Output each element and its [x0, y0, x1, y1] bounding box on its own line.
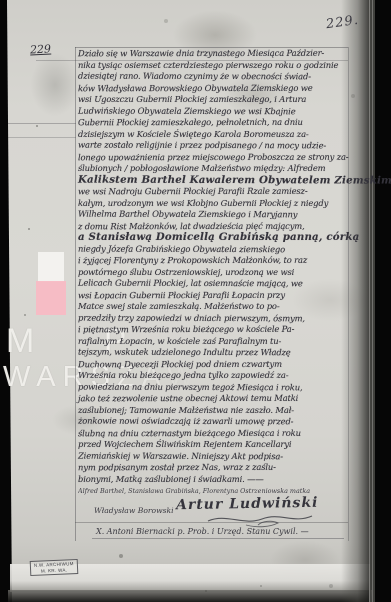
record-line: a Stanisławą Domicellą Grabińską panną, … [78, 232, 348, 244]
record-line: rafialnym Łopacin, w kościele zaś Parafi… [78, 336, 348, 348]
record-line: ków Władysława Borowskiego Obywatela Zie… [78, 82, 348, 94]
record-line: nym podpisanym został przez Nas, wraz z … [78, 462, 348, 474]
record-line: powiedziana na dniu pierwszym tegoż Mies… [78, 381, 348, 393]
record-line: i piętnastym Września roku bieżącego w k… [78, 324, 348, 336]
margin-rule-2 [8, 137, 76, 138]
act-number: 229 [30, 42, 52, 56]
record-line: warte zostało religijnie i przez podpisa… [78, 140, 348, 152]
record-line: Gubernii Płockiej zamieszkałego, pełnole… [78, 117, 348, 129]
margin-rule-1 [8, 123, 76, 124]
record-line: dzisiejszym w Kościele Świętego Karola B… [78, 129, 348, 141]
record-line: powtórnego ślubu Ostrzeniowskiej, urodzo… [78, 267, 348, 279]
stamp-line2: M. KR. WA. [34, 567, 74, 574]
record-line: Wilhelma Barthel Obywatela Ziemskiego i … [78, 209, 348, 221]
frame-left-rule [75, 47, 76, 541]
page-bottom-shadow [8, 590, 372, 602]
clergy-rule [92, 538, 344, 539]
record-line: lonego upoważnienia przez miejscowego Pr… [78, 151, 348, 163]
pink-redaction-square [36, 281, 66, 315]
record-line: przed Wojciechem Śliwińskim Rejentem Kan… [78, 439, 348, 451]
white-redaction-square [38, 252, 64, 282]
signature-clergy: X. Antoni Biernacki p. Prob. i Urzęd. St… [96, 527, 346, 536]
signature-witness: Władysław Borowski [94, 506, 174, 515]
record-line: kałym, urodzonym we wsi Kłobjno Gubernii… [78, 198, 348, 210]
record-line: Duchowną Dyecezji Płockiej pod dniem czw… [78, 358, 348, 370]
record-line: Działo się w Warszawie dnia trzynastego … [78, 48, 348, 60]
scanned-register-page: { "page": { "corner_number": "229.", "ac… [0, 0, 391, 602]
record-lines: Działo się w Warszawie dnia trzynastego … [78, 48, 348, 485]
record-line: Ludwińskiego Obywatela Ziemskiego we wsi… [78, 105, 348, 117]
record-line: bionymi, Matką zaślubionej i świadkami. … [78, 474, 348, 486]
record-line: Matce swej stale zamieszkałą. Małżeństwo… [78, 301, 348, 313]
record-line: Lelicach Gubernii Płockiej, lat osiemnaś… [78, 278, 348, 290]
record-line: niegdy Józefa Grabińskiego Obywatela zie… [78, 243, 348, 255]
record-line: wsi Łopacin Gubernii Płockiej Parafii Ło… [78, 289, 348, 301]
record-line: ślubną na dniu czternastym bieżącego Mie… [78, 427, 348, 439]
record-line: tejszym, wskutek udzielonego Indultu prz… [78, 347, 348, 359]
frame-right-rule [348, 47, 349, 541]
record-line: nika tysiąc osiemset czterdziestego pier… [78, 60, 348, 72]
record-line: Września roku bieżącego jedna tylko zapo… [78, 370, 348, 382]
record-line: Kalikstem Barthel Kawalerem Obywatelem Z… [78, 174, 348, 186]
signature-parties: Alfred Barthel, Stanisława Grabińska, Fl… [78, 487, 353, 495]
signature-large: Artur Ludwiński [176, 495, 319, 513]
record-line: dziesiątej rano. Wiadomo czynimy że w ob… [78, 71, 348, 83]
record-line: i żyjącej Florentyny z Prokopowskich Mał… [78, 255, 348, 267]
record-line: jako też zezwolenie ustne obecnej Aktowi… [78, 393, 348, 405]
book-page-edges [369, 0, 375, 602]
record-line: z domu Rist Małżonków, lat dwadzieścia p… [78, 220, 348, 232]
record-line: zaślubionej; Tamowanie Małżeństwa nie za… [78, 405, 348, 417]
record-line: wsi Ugoszczu Gubernii Płockiej zamieszka… [78, 94, 348, 106]
record-line: Ziemiańskiej w Warszawie. Niniejszy Akt … [78, 450, 348, 462]
record-line: przedziły trzy zapowiedzi w dniach pierw… [78, 312, 348, 324]
record-line: we wsi Nadroju Gubernii Płockiej Parafii… [78, 186, 348, 198]
paper-speckles [0, 0, 2, 2]
signature-flourish [206, 512, 316, 528]
archive-stamp: N.W. ARCHIWUM M. KR. WA. [30, 559, 79, 576]
record-line: żonkowie nowi oświadczają iż zawarli umo… [78, 416, 348, 428]
